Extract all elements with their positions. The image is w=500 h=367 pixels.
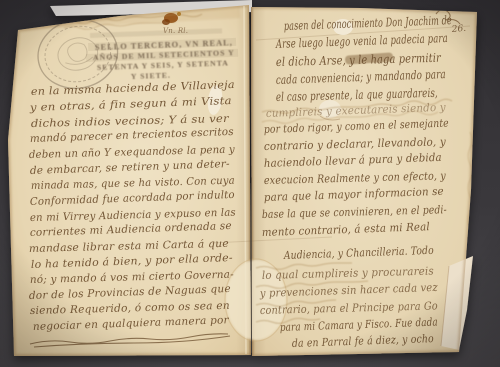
photographed-manuscript: SELLO TERCERO, VN REAL, AÑOS DE MIL SETE… xyxy=(0,0,500,367)
photo-vignette xyxy=(0,0,500,367)
manuscript-canvas: SELLO TERCERO, VN REAL, AÑOS DE MIL SETE… xyxy=(0,0,500,367)
